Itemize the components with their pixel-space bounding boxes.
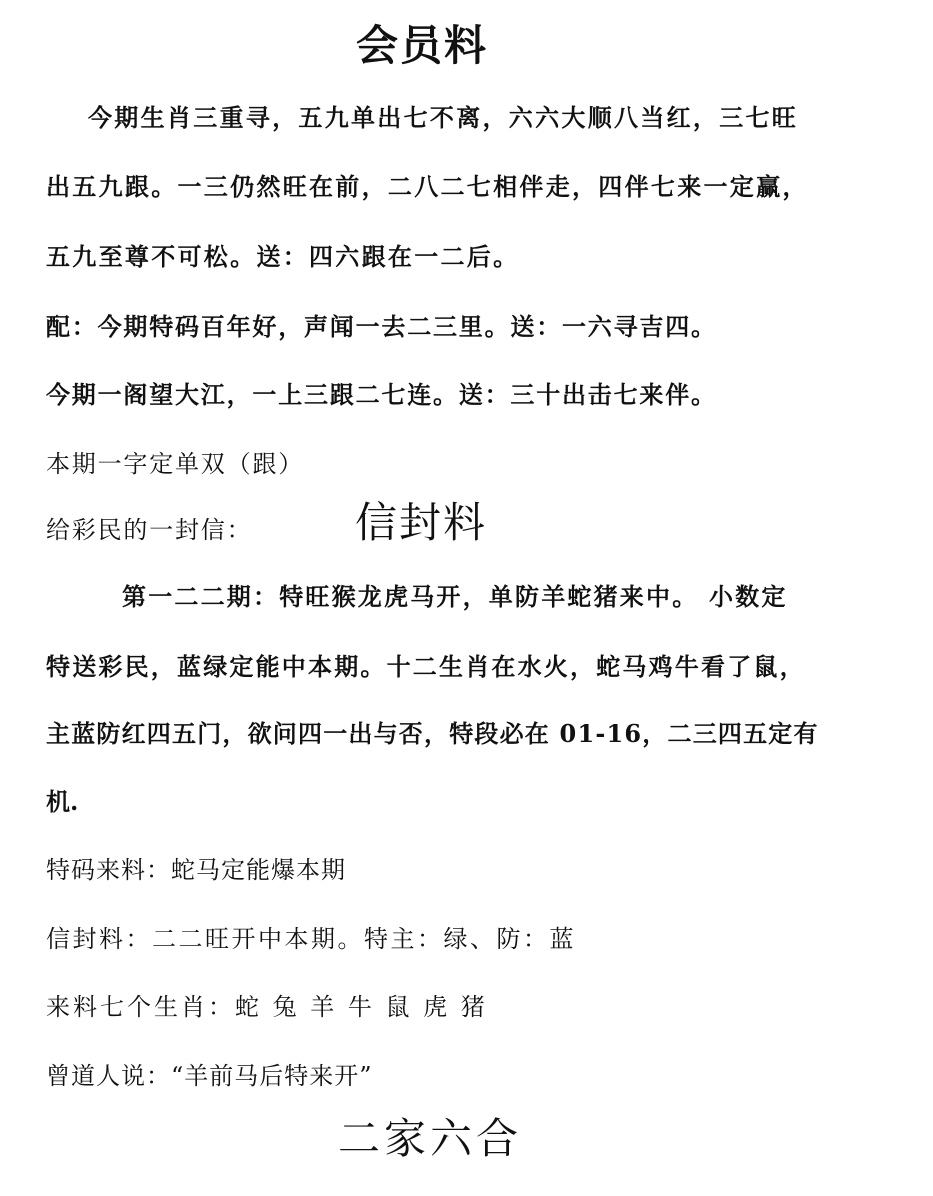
paragraph-line: 今期生肖三重寻，五九单出七不离，六六大顺八当红，三七旺	[88, 106, 798, 130]
section-title-letter: 信封料	[355, 502, 487, 544]
paragraph-line: 本期一字定单双（跟）	[46, 452, 304, 476]
paragraph-line: 特送彩民，蓝绿定能中本期。十二生肖在水火，蛇马鸡牛看了鼠，	[46, 655, 806, 679]
section-title-footer: 二家六合	[338, 1118, 522, 1160]
info-line: 特码来料：蛇马定能爆本期	[46, 858, 346, 882]
paragraph-line: 主蓝防红四五门，欲问四一出与否，特段必在 01-16，二三四五定有	[46, 722, 819, 746]
info-line: 信封料：二二旺开中本期。特主：绿、防：蓝	[46, 927, 576, 951]
paragraph-line: 出五九跟。一三仍然旺在前，二八二七相伴走，四伴七来一定赢，	[46, 175, 809, 199]
section-title-member: 会员料	[356, 25, 488, 67]
paragraph-line: 五九至尊不可松。送：四六跟在一二后。	[46, 245, 519, 269]
paragraph-line: 第一二二期：特旺猴龙虎马开，单防羊蛇猪来中。 小数定	[122, 585, 788, 609]
info-line: 来料七个生肖：蛇 兔 羊 牛 鼠 虎 猪	[46, 995, 488, 1019]
paragraph-line: 机.	[46, 790, 78, 814]
paragraph-line: 今期一阁望大江，一上三跟二七连。送：三十出击七来伴。	[46, 383, 717, 407]
paragraph-line: 配：今期特码百年好，声闻一去二三里。送：一六寻吉四。	[46, 315, 717, 339]
info-line: 曾道人说：“羊前马后特来开”	[46, 1064, 373, 1088]
letter-intro: 给彩民的一封信：	[46, 518, 252, 542]
